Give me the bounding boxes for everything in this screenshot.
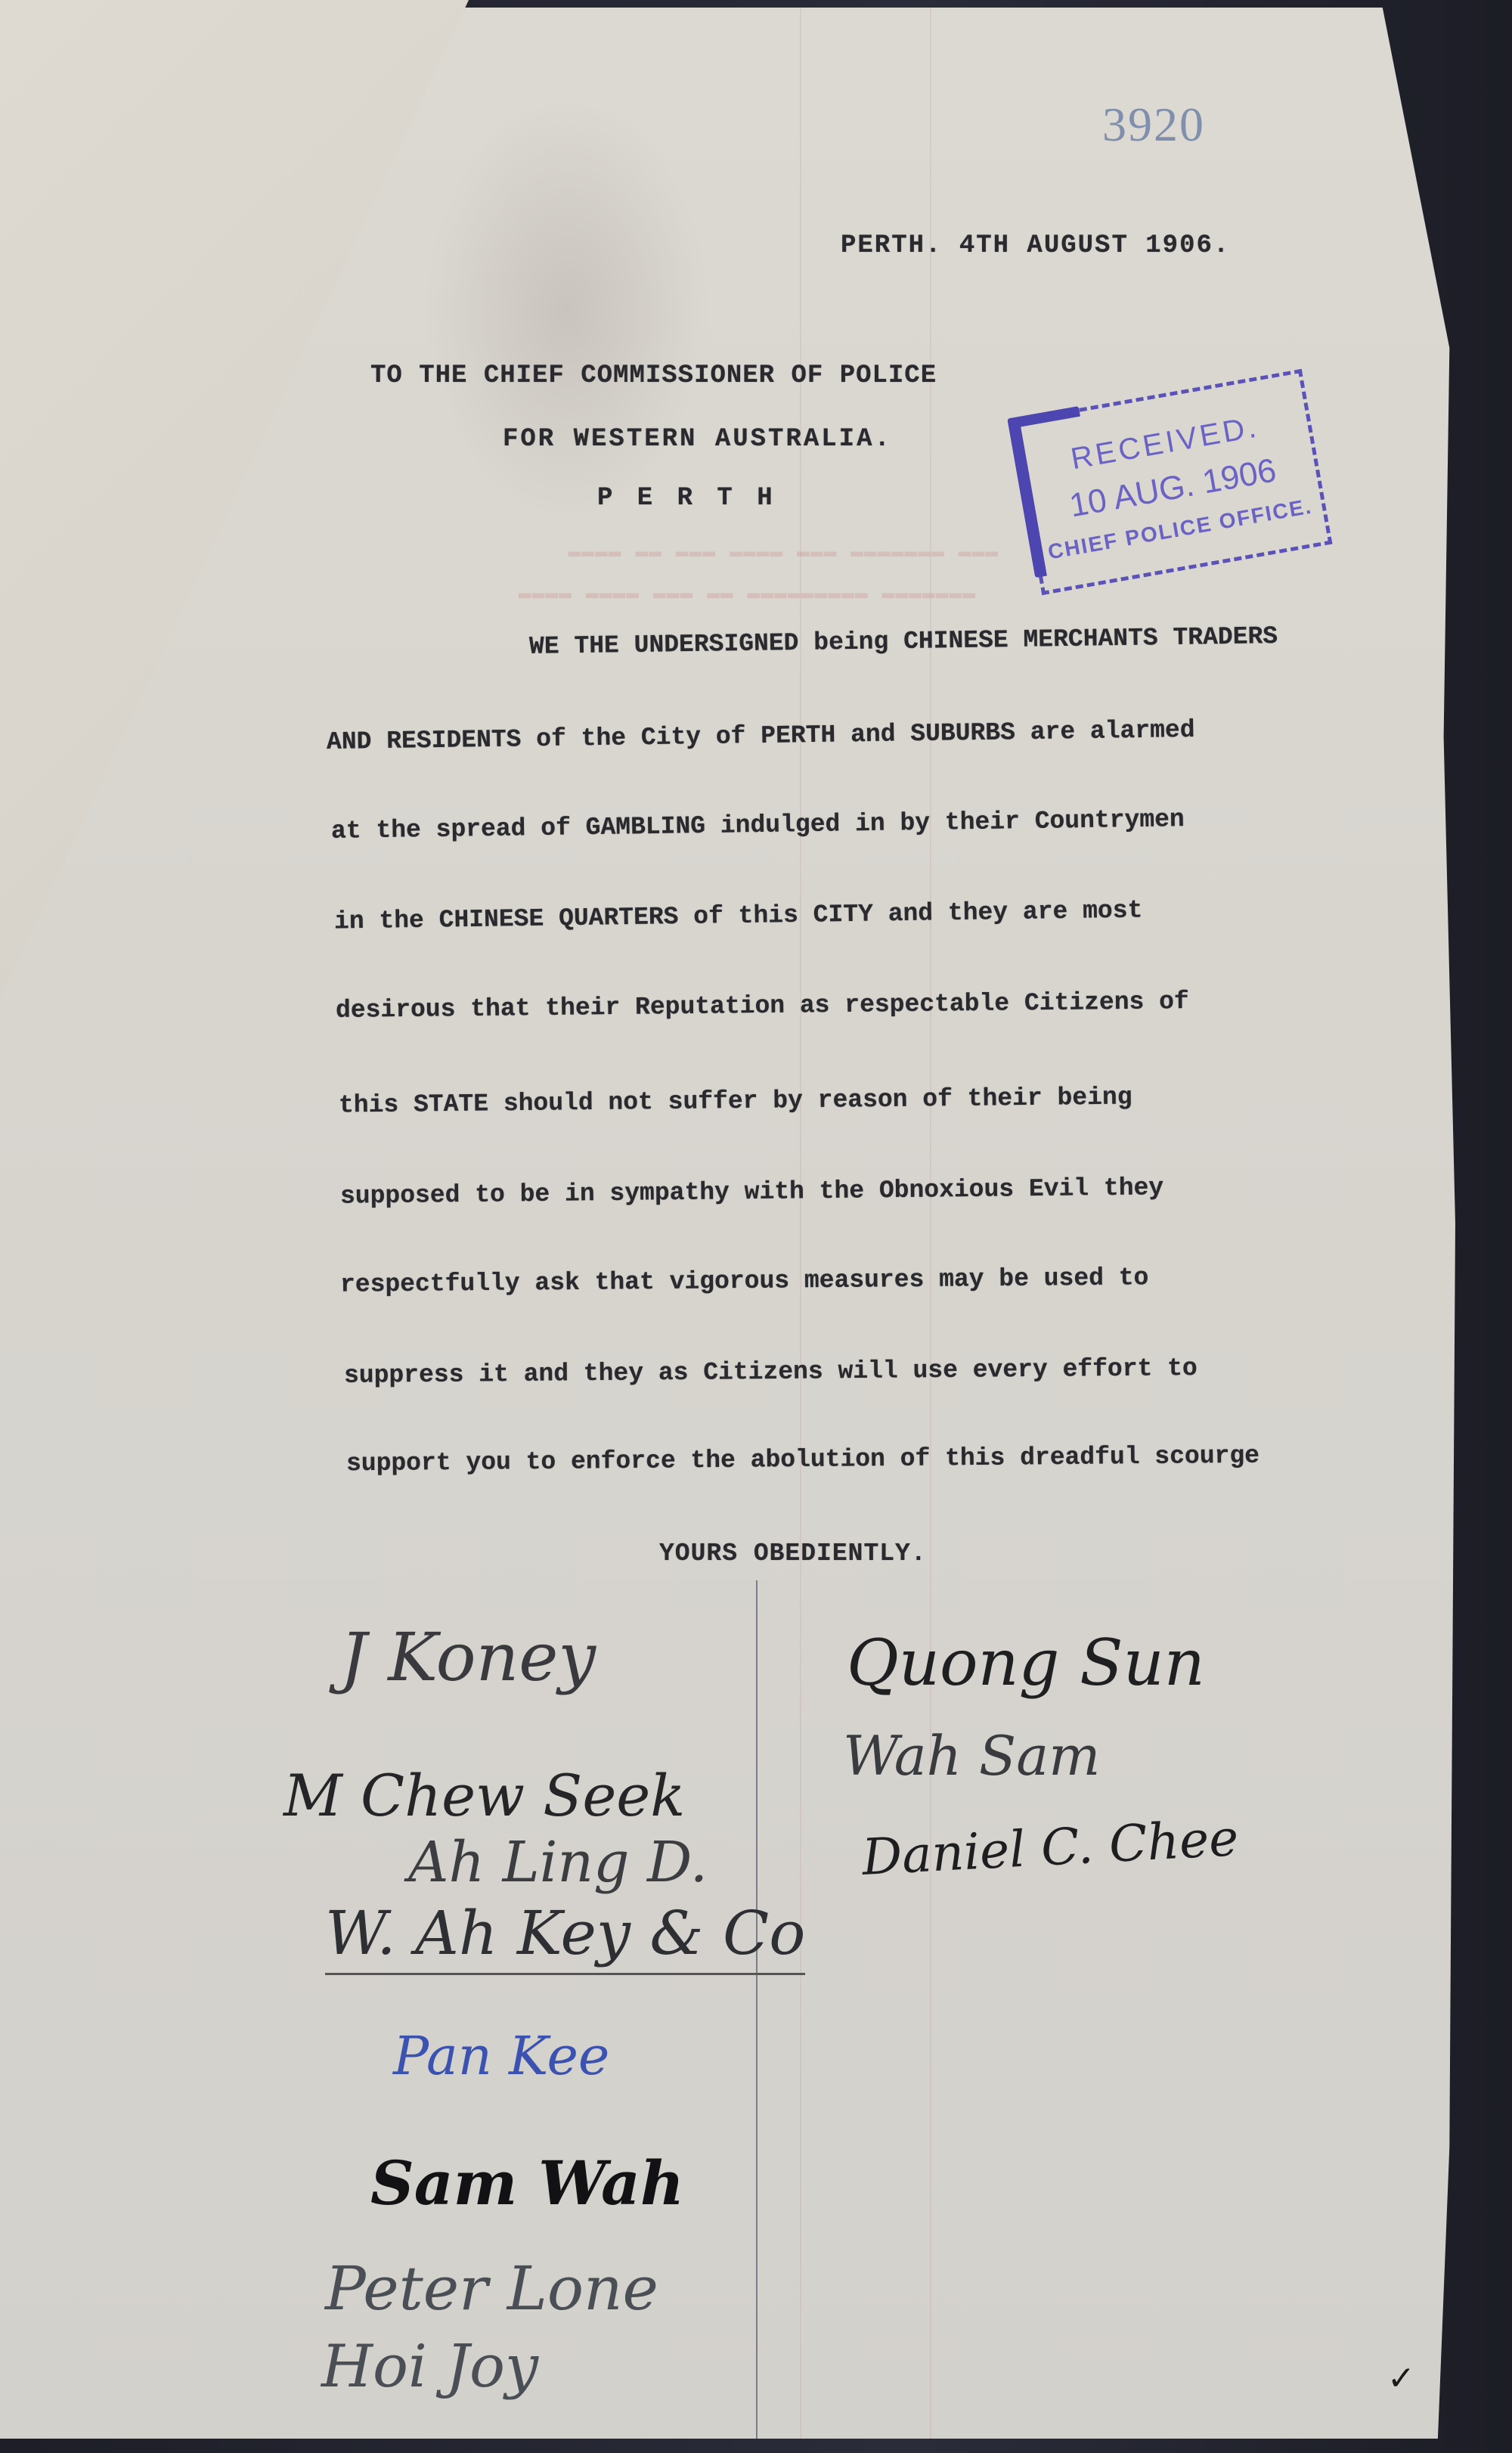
signature: Sam Wah: [370, 2148, 684, 2219]
body-line: WE THE UNDERSIGNED being CHINESE MERCHAN…: [529, 622, 1278, 661]
check-mark: ✓: [1387, 2359, 1415, 2398]
file-number: 3920: [1102, 97, 1205, 153]
shadow: [423, 98, 711, 522]
signature: Daniel C. Chee: [860, 1809, 1240, 1887]
bleed-through-text: ▬▬▬▬▬▬▬ ▬▬▬▬▬▬▬▬▬ ▬▬ ▬▬▬ ▬▬▬▬ ▬▬▬▬: [144, 582, 975, 606]
bleed-through-text: ▬▬▬ ▬▬▬▬▬▬▬ ▬▬▬ ▬▬▬▬ ▬▬▬ ▬▬ ▬▬▬▬: [166, 541, 998, 564]
signature: Peter Lone: [325, 2253, 658, 2324]
body-line: suppress it and they as Citizens will us…: [344, 1354, 1198, 1390]
addressee-line-1: TO THE CHIEF COMMISSIONER OF POLICE: [370, 361, 937, 390]
closing: YOURS OBEDIENTLY.: [659, 1540, 927, 1568]
signature: M Chew Seek: [283, 1762, 685, 1829]
addressee-line-3: P E R T H: [597, 484, 777, 513]
signature: Wah Sam: [843, 1724, 1100, 1788]
body-line: at the spread of GAMBLING indulged in by…: [331, 805, 1185, 845]
addressee-line-2: FOR WESTERN AUSTRALIA.: [503, 425, 892, 454]
signature: Hoi Joy: [321, 2333, 538, 2401]
body-line: this STATE should not suffer by reason o…: [339, 1084, 1132, 1120]
body-line: supposed to be in sympathy with the Obno…: [340, 1174, 1164, 1210]
signature-divider: [756, 1580, 758, 2450]
body-line: in the CHINESE QUARTERS of this CITY and…: [334, 897, 1143, 936]
signature: W. Ah Key & Co: [325, 1898, 805, 1975]
signature: Pan Kee: [393, 2025, 609, 2087]
body-line: respectfully ask that vigorous measures …: [340, 1264, 1149, 1298]
signature: Quong Sun: [847, 1626, 1205, 1700]
date-line: PERTH. 4TH AUGUST 1906.: [841, 231, 1230, 260]
signature: J Koney: [340, 1618, 596, 1696]
signature: Ah Ling D.: [408, 1830, 708, 1895]
body-line: AND RESIDENTS of the City of PERTH and S…: [327, 716, 1195, 756]
received-stamp: RECEIVED. 10 AUG. 1906 CHIEF POLICE OFFI…: [1012, 369, 1333, 595]
body-line: support you to enforce the abolution of …: [346, 1442, 1259, 1478]
body-line: desirous that their Reputation as respec…: [336, 988, 1189, 1025]
